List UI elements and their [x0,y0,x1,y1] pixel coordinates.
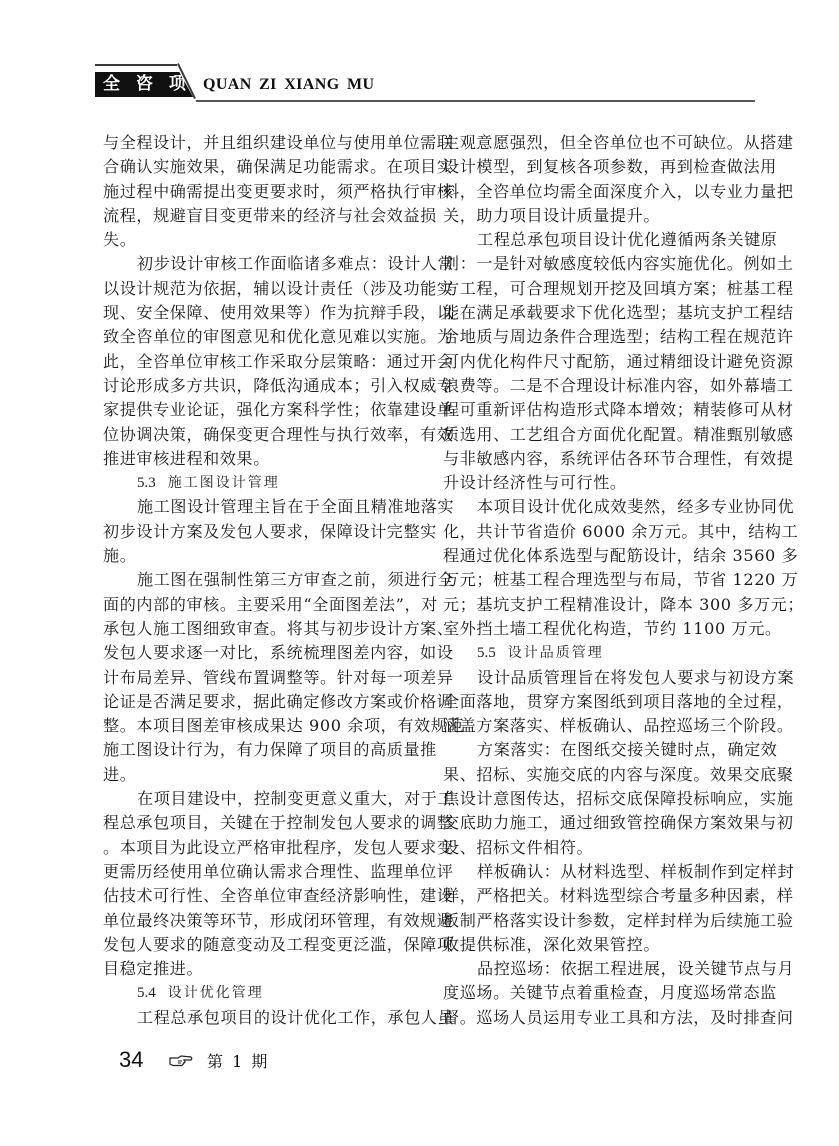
paragraph-line: 致全咨单位的审图意见和优化意见难以实施。为 [103,325,415,349]
paragraph-line: 度巡场。关键节点着重检查，月度巡场常态监 [443,981,755,1005]
right-text-column: 主观意愿强烈，但全咨单位也不可缺位。从搭建设计模型，到复核各项参数，再到检查做法… [443,131,755,1030]
paragraph-line: 面的内部的审核。主要采用“全面图差法”，对 [103,593,415,617]
paragraph-line: 焦设计意图传达，招标交底保障投标响应，实施 [443,787,755,811]
section-title-pinyin: QUAN ZI XIANG MU [203,73,374,97]
paragraph-line: 程通过优化体系选型与配筋设计，结余 3560 多 [443,544,755,568]
paragraph-line: 现、安全保障、使用效果等）作为抗辩手段，以 [103,301,415,325]
paragraph-line: 设计模型，到复核各项参数，再到检查做法用 [443,155,755,179]
paragraph-line: 承包人施工图细致审查。将其与初步设计方案、 [103,617,415,641]
paragraph-line: 初步设计方案及发包人要求，保障设计完整实 [103,520,415,544]
paragraph-line: 单位最终决策等环节，形成闭环管理，有效规避 [103,909,415,933]
paragraph-line: 施。 [103,544,415,568]
paragraph-first-line: 在项目建设中，控制变更意义重大，对于工 [103,787,415,811]
paragraph-first-line: 施工图在强制性第三方审查之前，须进行全 [103,568,415,592]
paragraph-line: 以设计规范为依据，辅以设计责任（涉及功能实 [103,277,415,301]
paragraph-line: 板制严格落实设计参数，定样封样为后续施工验 [443,909,755,933]
paragraph-line: 涵盖方案落实、样板确认、品控巡场三个阶段。 [443,714,755,738]
paragraph-line: 更需历经使用单位确认需求合理性、监理单位评 [103,860,415,884]
paragraph-first-line: 初步设计审核工作面临诸多难点：设计人常 [103,252,415,276]
section-number: 5.3 [137,475,156,491]
paragraph-line: 合确认实施效果，确保满足功能需求。在项目实 [103,155,415,179]
paragraph-line: 流程，规避盲目变更带来的经济与社会效益损 [103,204,415,228]
paragraph-line: 进。 [103,763,415,787]
header-top-rule [95,64,177,66]
paragraph-line: 目稳定推进。 [103,957,415,981]
paragraph-line: 估技术可行性、全咨单位审查经济影响性，建设 [103,884,415,908]
paragraph-line: 位协调决策，确保变更合理性与执行效率，有效 [103,423,415,447]
paragraph-first-line: 工程总承包项目设计优化遵循两条关键原 [443,228,755,252]
paragraph-first-line: 工程总承包项目的设计优化工作，承包人虽 [103,1006,415,1030]
section-number: 5.4 [137,985,156,1001]
paragraph-first-line: 本项目设计优化成效斐然，经多专业协同优 [443,495,755,519]
issue-label: 第 1 期 [207,1049,269,1072]
paragraph-line: 方工程，可合理规划开挖及回填方案；桩基工程 [443,277,755,301]
pointing-hand-icon [169,1053,193,1067]
paragraph-line: 督。巡场人员运用专业工具和方法，及时排查问 [443,1006,755,1030]
paragraph-line: 则：一是针对敏感度较低内容实施优化。例如土 [443,252,755,276]
paragraph-line: 关，助力项目设计质量提升。 [443,204,755,228]
paragraph-line: 施过程中确需提出变更要求时，须严格执行审核 [103,180,415,204]
paragraph-line: 收提供标准，深化效果管控。 [443,933,755,957]
page-number: 34 [119,1047,169,1073]
paragraph-line: 发包人要求的随意变动及工程变更泛滥，保障项 [103,933,415,957]
paragraph-line: 可内优化构件尺寸配筋，通过精细设计避免资源 [443,350,755,374]
paragraph-line: 家提供专业论证，强化方案科学性；依靠建设单 [103,398,415,422]
paragraph-first-line: 品控巡场：依据工程进展，设关键节点与月 [443,957,755,981]
paragraph-line: 失。 [103,228,415,252]
page-footer: 34 第 1 期 [119,1045,269,1075]
paragraph-line: 全面落地，贯穿方案图纸到项目落地的全过程， [443,690,755,714]
paragraph-line: 万元；桩基工程合理选型与布局，节省 1220 万 [443,568,755,592]
paragraph-line: 质选用、工艺组合方面优化配置。精准甄别敏感 [443,423,755,447]
header-bottom-rule [196,100,755,102]
paragraph-line: 论证是否满足要求，据此确定修改方案或价格调 [103,690,415,714]
section-heading: 5.4设计优化管理 [103,981,415,1005]
paragraph-line: 设、招标文件相符。 [443,836,755,860]
paragraph-line: 计布局差异、管线布置调整等。针对每一项差异 [103,666,415,690]
paragraph-first-line: 设计品质管理旨在将发包人要求与初设方案 [443,666,755,690]
paragraph-line: 施工图设计行为，有力保障了项目的高质量推 [103,738,415,762]
paragraph-line: 元；基坑支护工程精准设计，降本 300 多万元； [443,593,755,617]
paragraph-line: 此，全咨单位审核工作采取分层策略：通过开会 [103,350,415,374]
section-title: 设计品质管理 [508,645,604,661]
paragraph-line: 程总承包项目，关键在于控制发包人要求的调整 [103,811,415,835]
paragraph-line: 发包人要求逐一对比，系统梳理图差内容，如设 [103,641,415,665]
paragraph-line: 程可重新评估构造形式降本增效；精装修可从材 [443,398,755,422]
paragraph-line: 合地质与周边条件合理选型；结构工程在规范许 [443,325,755,349]
paragraph-line: 样，严格把关。材料选型综合考量多种因素，样 [443,884,755,908]
section-title: 设计优化管理 [168,985,264,1001]
paragraph-line: 能在满足承载要求下优化选型；基坑支护工程结 [443,301,755,325]
paragraph-line: 升设计经济性与可行性。 [443,471,755,495]
paragraph-line: 整。本项目图差审核成果达 900 余项，有效规范 [103,714,415,738]
paragraph-first-line: 方案落实：在图纸交接关键时点，确定效 [443,738,755,762]
section-title: 施工图设计管理 [168,475,280,491]
paragraph-line: 室外挡土墙工程优化构造，节约 1100 万元。 [443,617,755,641]
paragraph-line: 与全程设计，并且组织建设单位与使用单位需联 [103,131,415,155]
paragraph-line: 料，全咨单位均需全面深度介入，以专业力量把 [443,180,755,204]
section-heading: 5.3施工图设计管理 [103,471,415,495]
section-heading: 5.5设计品质管理 [443,641,755,665]
paragraph-line: 化，共计节省造价 6000 余万元。其中，结构工 [443,520,755,544]
left-text-column: 与全程设计，并且组织建设单位与使用单位需联合确认实施效果，确保满足功能需求。在项… [103,131,415,1030]
paragraph-line: 。本项目为此设立严格审批程序，发包人要求变 [103,836,415,860]
paragraph-line: 交底助力施工，通过细致管控确保方案效果与初 [443,811,755,835]
section-number: 5.5 [477,645,496,661]
paragraph-line: 讨论形成多方共识，降低沟通成本；引入权威专 [103,374,415,398]
paragraph-line: 主观意愿强烈，但全咨单位也不可缺位。从搭建 [443,131,755,155]
paragraph-line: 浪费等。二是不合理设计标准内容，如外幕墙工 [443,374,755,398]
running-header: 全 咨 项 目 QUAN ZI XIANG MU [95,60,765,100]
paragraph-line: 果、招标、实施交底的内容与深度。效果交底聚 [443,763,755,787]
paragraph-first-line: 施工图设计管理主旨在于全面且精准地落实 [103,495,415,519]
paragraph-line: 与非敏感内容，系统评估各环节合理性，有效提 [443,447,755,471]
paragraph-first-line: 样板确认：从材料选型、样板制作到定样封 [443,860,755,884]
paragraph-line: 推进审核进程和效果。 [103,447,415,471]
